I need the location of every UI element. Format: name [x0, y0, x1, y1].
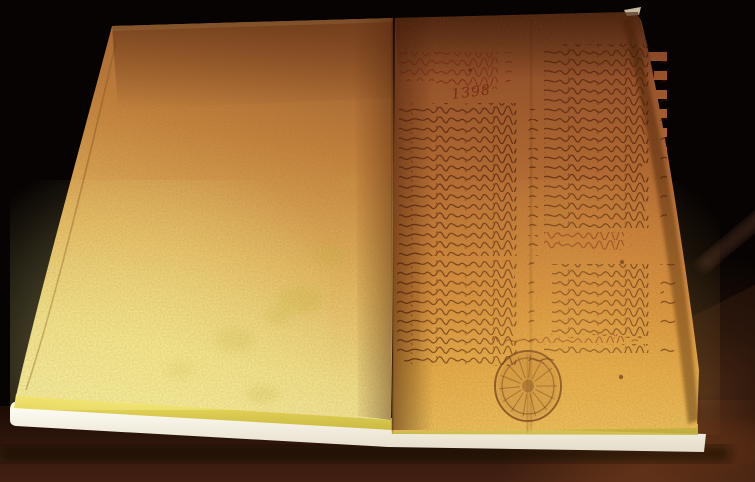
- right-page-grain: [392, 12, 699, 432]
- manuscript-photograph: 1398: [0, 0, 755, 482]
- gutter-shadow: [392, 18, 393, 432]
- photo-stage: 1398: [0, 0, 755, 482]
